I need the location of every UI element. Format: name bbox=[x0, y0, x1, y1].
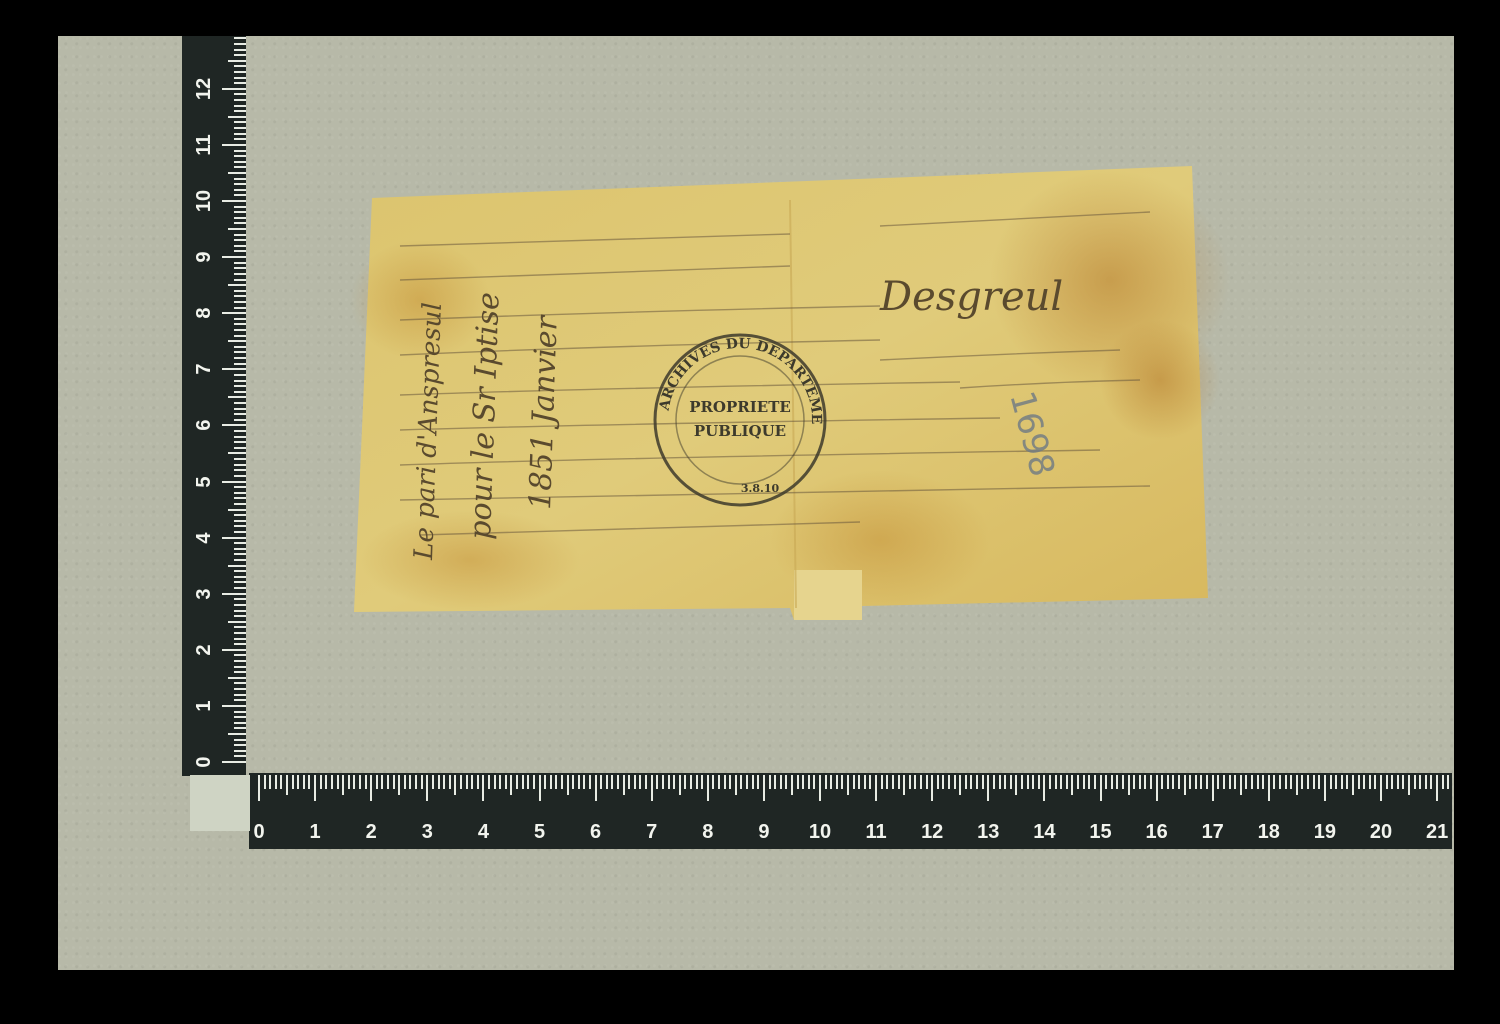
ruler-tick bbox=[1010, 775, 1012, 789]
ruler-tick bbox=[222, 593, 246, 595]
ruler-tick bbox=[234, 402, 246, 404]
ruler-tick bbox=[769, 775, 771, 789]
ruler-tick bbox=[234, 587, 246, 589]
ruler-tick bbox=[595, 775, 597, 801]
ruler-tick bbox=[404, 775, 406, 789]
ruler-tick bbox=[1195, 775, 1197, 789]
ruler-label: 7 bbox=[632, 821, 672, 844]
ruler-tick bbox=[920, 775, 922, 789]
ruler-tick bbox=[234, 492, 246, 494]
ruler-tick bbox=[780, 775, 782, 789]
ruler-tick bbox=[555, 775, 557, 789]
ruler-tick bbox=[982, 775, 984, 789]
ruler-tick bbox=[1049, 775, 1051, 789]
ruler-tick bbox=[234, 346, 246, 348]
ruler-label: 17 bbox=[1193, 821, 1233, 844]
ruler-tick bbox=[234, 576, 246, 578]
ruler-tick bbox=[234, 99, 246, 101]
ruler-tick bbox=[892, 775, 894, 789]
ruler-tick bbox=[280, 775, 282, 789]
ruler-tick bbox=[606, 775, 608, 789]
ruler-tick bbox=[234, 211, 246, 213]
ruler-tick bbox=[454, 775, 456, 795]
ruler-tick bbox=[1425, 775, 1427, 789]
ruler-tick bbox=[234, 335, 246, 337]
ruler-tick bbox=[1161, 775, 1163, 789]
ruler-tick bbox=[234, 666, 246, 668]
ruler-tick bbox=[314, 775, 316, 801]
ruler-tick bbox=[1341, 775, 1343, 789]
ruler-label: 3 bbox=[407, 821, 447, 844]
ruler-tick bbox=[696, 775, 698, 789]
ruler-tick bbox=[533, 775, 535, 789]
ruler-tick bbox=[954, 775, 956, 789]
ruler-tick bbox=[959, 775, 961, 795]
ruler-tick bbox=[1150, 775, 1152, 789]
ruler-tick bbox=[222, 649, 246, 651]
ruler-tick bbox=[234, 458, 246, 460]
ruler-tick bbox=[381, 775, 383, 789]
ruler-tick bbox=[234, 739, 246, 741]
ruler-label: 2 bbox=[194, 630, 214, 670]
ruler-tick bbox=[1397, 775, 1399, 789]
ruler-tick bbox=[1060, 775, 1062, 789]
ruler-tick bbox=[222, 200, 246, 202]
ruler-label: 11 bbox=[856, 821, 896, 844]
svg-text:3.8.10: 3.8.10 bbox=[741, 482, 780, 495]
ruler-tick bbox=[234, 475, 246, 477]
ruler-tick bbox=[724, 775, 726, 789]
svg-text:PUBLIQUE: PUBLIQUE bbox=[694, 422, 786, 440]
ruler-tick bbox=[1032, 775, 1034, 789]
ruler-tick bbox=[234, 307, 246, 309]
ruler-tick bbox=[471, 775, 473, 789]
ruler-tick bbox=[234, 643, 246, 645]
ruler-tick bbox=[898, 775, 900, 789]
ruler-tick bbox=[1223, 775, 1225, 789]
svg-text:PROPRIETE: PROPRIETE bbox=[689, 398, 791, 416]
ruler-tick bbox=[965, 775, 967, 789]
ruler-tick bbox=[234, 329, 246, 331]
ruler-tick bbox=[763, 775, 765, 801]
ruler-label: 9 bbox=[744, 821, 784, 844]
ruler-tick bbox=[234, 408, 246, 410]
ruler-tick bbox=[673, 775, 675, 789]
ruler-tick bbox=[234, 178, 246, 180]
ruler-tick bbox=[234, 189, 246, 191]
ruler-tick bbox=[234, 54, 246, 56]
ruler-tick bbox=[1178, 775, 1180, 789]
ruler-tick bbox=[228, 116, 246, 118]
ruler-tick bbox=[234, 82, 246, 84]
ruler-tick bbox=[234, 548, 246, 550]
ruler-tick bbox=[228, 228, 246, 230]
ruler-tick bbox=[740, 775, 742, 789]
ruler-tick bbox=[1419, 775, 1421, 789]
ruler-tick bbox=[639, 775, 641, 789]
ruler-tick bbox=[460, 775, 462, 789]
ruler-label: 2 bbox=[351, 821, 391, 844]
ruler-tick bbox=[1189, 775, 1191, 789]
ruler-tick bbox=[1206, 775, 1208, 789]
ruler-tick bbox=[656, 775, 658, 789]
ruler-tick bbox=[1083, 775, 1085, 789]
ruler-tick bbox=[234, 413, 246, 415]
ruler-tick bbox=[222, 368, 246, 370]
ruler-tick bbox=[791, 775, 793, 795]
ruler-tick bbox=[527, 775, 529, 789]
ruler-tick bbox=[864, 775, 866, 789]
ruler-tick bbox=[1139, 775, 1141, 789]
ruler-tick bbox=[234, 722, 246, 724]
ruler-tick bbox=[234, 598, 246, 600]
ruler-tick bbox=[1088, 775, 1090, 789]
ruler-tick bbox=[1240, 775, 1242, 795]
ruler-label: 13 bbox=[968, 821, 1008, 844]
ruler-tick bbox=[1257, 775, 1259, 789]
ruler-tick bbox=[234, 699, 246, 701]
ruler-tick bbox=[1105, 775, 1107, 789]
ruler-tick bbox=[234, 267, 246, 269]
ruler-tick bbox=[1245, 775, 1247, 789]
ruler-tick bbox=[707, 775, 709, 801]
ruler-tick bbox=[645, 775, 647, 789]
ruler-tick bbox=[234, 138, 246, 140]
ruler-tick bbox=[909, 775, 911, 789]
ruler-tick bbox=[228, 396, 246, 398]
ruler-tick bbox=[539, 775, 541, 801]
ruler-tick bbox=[1021, 775, 1023, 789]
ruler-tick bbox=[510, 775, 512, 795]
ruler-tick bbox=[1408, 775, 1410, 795]
ruler-tick bbox=[583, 775, 585, 789]
ruler-tick bbox=[567, 775, 569, 795]
ruler-label: 8 bbox=[194, 293, 214, 333]
ruler-tick bbox=[234, 290, 246, 292]
ruler-tick bbox=[869, 775, 871, 789]
ruler-tick bbox=[1111, 775, 1113, 789]
ruler-tick bbox=[987, 775, 989, 801]
ruler-tick bbox=[948, 775, 950, 789]
ruler-label: 18 bbox=[1249, 821, 1289, 844]
ruler-tick bbox=[1094, 775, 1096, 789]
ruler-tick bbox=[449, 775, 451, 789]
ruler-tick bbox=[234, 447, 246, 449]
ruler-tick bbox=[228, 565, 246, 567]
ruler-tick bbox=[228, 172, 246, 174]
ruler-tick bbox=[234, 503, 246, 505]
ruler-tick bbox=[234, 430, 246, 432]
paper-patch bbox=[794, 570, 862, 620]
ruler-tick bbox=[1307, 775, 1309, 789]
ruler-tick bbox=[222, 312, 246, 314]
ruler-tick bbox=[234, 121, 246, 123]
ruler-tick bbox=[234, 755, 246, 757]
ruler-tick bbox=[729, 775, 731, 789]
ruler-label: 16 bbox=[1137, 821, 1177, 844]
ruler-tick bbox=[234, 127, 246, 129]
ruler-tick bbox=[1436, 775, 1438, 801]
ruler-tick bbox=[234, 514, 246, 516]
ruler-tick bbox=[1414, 775, 1416, 789]
ruler-tick bbox=[234, 654, 246, 656]
ruler-label: 19 bbox=[1305, 821, 1345, 844]
ruler-tick bbox=[234, 217, 246, 219]
ruler-tick bbox=[1290, 775, 1292, 789]
ruler-tick bbox=[234, 93, 246, 95]
ruler-label: 4 bbox=[463, 821, 503, 844]
ruler-tick bbox=[494, 775, 496, 789]
ruler-tick bbox=[234, 559, 246, 561]
ruler-tick bbox=[926, 775, 928, 789]
ruler-tick bbox=[234, 671, 246, 673]
ruler-tick bbox=[1391, 775, 1393, 789]
ruler-tick bbox=[1172, 775, 1174, 789]
ruler-tick bbox=[376, 775, 378, 789]
ruler-tick bbox=[331, 775, 333, 789]
ruler-tick bbox=[1027, 775, 1029, 789]
ruler-tick bbox=[903, 775, 905, 795]
ruler-label: 1 bbox=[295, 821, 335, 844]
ruler-tick bbox=[415, 775, 417, 789]
ruler-tick bbox=[881, 775, 883, 789]
ruler-tick bbox=[234, 323, 246, 325]
ruler-tick bbox=[578, 775, 580, 789]
ruler-tick bbox=[1346, 775, 1348, 789]
ruler-tick bbox=[1229, 775, 1231, 789]
ruler-tick bbox=[222, 424, 246, 426]
ruler-tick bbox=[234, 65, 246, 67]
ruler-tick bbox=[234, 183, 246, 185]
ruler-tick bbox=[234, 604, 246, 606]
ruler-tick bbox=[264, 775, 266, 789]
ruler-tick bbox=[234, 150, 246, 152]
ruler-tick bbox=[387, 775, 389, 789]
ruler-tick bbox=[432, 775, 434, 789]
ruler-tick bbox=[1038, 775, 1040, 789]
ruler-label: 14 bbox=[1024, 821, 1064, 844]
ruler-tick bbox=[234, 161, 246, 163]
ruler-tick bbox=[308, 775, 310, 789]
ruler-tick bbox=[477, 775, 479, 789]
ruler-tick bbox=[623, 775, 625, 795]
ruler-tick bbox=[234, 105, 246, 107]
ruler-tick bbox=[914, 775, 916, 789]
ruler-label: 5 bbox=[520, 821, 560, 844]
ruler-tick bbox=[234, 469, 246, 471]
ruler-tick bbox=[234, 250, 246, 252]
ruler-tick bbox=[847, 775, 849, 795]
ruler-tick bbox=[234, 750, 246, 752]
ruler-tick bbox=[1324, 775, 1326, 801]
ruler-tick bbox=[808, 775, 810, 789]
ruler-tick bbox=[482, 775, 484, 801]
ruler-tick bbox=[234, 688, 246, 690]
ruler-tick bbox=[1015, 775, 1017, 795]
ruler-label: 21 bbox=[1417, 821, 1457, 844]
ruler-tick bbox=[228, 284, 246, 286]
ruler-tick bbox=[234, 436, 246, 438]
ruler-tick bbox=[234, 301, 246, 303]
ruler-tick bbox=[1133, 775, 1135, 789]
ruler-tick bbox=[234, 391, 246, 393]
ruler-tick bbox=[409, 775, 411, 789]
ruler-tick bbox=[234, 262, 246, 264]
ruler-tick bbox=[1251, 775, 1253, 789]
ruler-tick bbox=[937, 775, 939, 789]
ruler-tick bbox=[222, 144, 246, 146]
ruler-tick bbox=[228, 340, 246, 342]
ruler-tick bbox=[1279, 775, 1281, 789]
ruler-tick bbox=[1156, 775, 1158, 801]
ruler-tick bbox=[976, 775, 978, 789]
ruler-tick bbox=[1442, 775, 1444, 789]
signature: Desgreul bbox=[879, 274, 1063, 320]
ruler-tick bbox=[1330, 775, 1332, 789]
ruler-tick bbox=[234, 318, 246, 320]
ruler-tick bbox=[234, 273, 246, 275]
ruler-tick bbox=[1447, 775, 1449, 789]
ruler-tick bbox=[813, 775, 815, 789]
ruler-tick bbox=[858, 775, 860, 789]
ruler-tick bbox=[830, 775, 832, 789]
ruler-tick bbox=[234, 222, 246, 224]
ruler-tick bbox=[234, 638, 246, 640]
horizontal-scale-ruler: 0123456789101112131415161718192021 bbox=[249, 773, 1452, 849]
ruler-tick bbox=[1200, 775, 1202, 789]
ruler-tick bbox=[359, 775, 361, 789]
ruler-tick bbox=[234, 234, 246, 236]
ruler-label: 10 bbox=[800, 821, 840, 844]
ruler-tick bbox=[353, 775, 355, 789]
ruler-tick bbox=[234, 374, 246, 376]
ruler-tick bbox=[825, 775, 827, 789]
ruler-tick bbox=[234, 464, 246, 466]
ruler-tick bbox=[589, 775, 591, 789]
ruler-tick bbox=[234, 133, 246, 135]
ruler-tick bbox=[228, 509, 246, 511]
ruler-tick bbox=[234, 239, 246, 241]
ruler-tick bbox=[234, 497, 246, 499]
ruler-tick bbox=[222, 88, 246, 90]
ruler-tick bbox=[348, 775, 350, 789]
ruler-tick bbox=[234, 626, 246, 628]
ruler-tick bbox=[234, 615, 246, 617]
ruler-tick bbox=[942, 775, 944, 789]
ruler-tick bbox=[320, 775, 322, 789]
ruler-tick bbox=[611, 775, 613, 789]
ruler-tick bbox=[421, 775, 423, 789]
ruler-tick bbox=[234, 682, 246, 684]
ruler-tick bbox=[234, 49, 246, 51]
ruler-tick bbox=[550, 775, 552, 789]
ruler-tick bbox=[931, 775, 933, 801]
ruler-tick bbox=[370, 775, 372, 801]
ruler-tick bbox=[1212, 775, 1214, 801]
ruler-tick bbox=[234, 357, 246, 359]
ruler-tick bbox=[668, 775, 670, 789]
ruler-tick bbox=[426, 775, 428, 801]
ruler-tick bbox=[234, 351, 246, 353]
ruler-tick bbox=[258, 775, 260, 801]
ruler-label: 1 bbox=[194, 686, 214, 726]
ruler-tick bbox=[234, 727, 246, 729]
ruler-tick bbox=[819, 775, 821, 801]
ruler-tick bbox=[651, 775, 653, 801]
ruler-label: 10 bbox=[194, 181, 214, 221]
ruler-tick bbox=[1313, 775, 1315, 789]
ruler-tick bbox=[234, 694, 246, 696]
ruler-tick bbox=[222, 705, 246, 707]
ruler-tick bbox=[488, 775, 490, 789]
ruler-tick bbox=[600, 775, 602, 789]
ruler-tick bbox=[1262, 775, 1264, 789]
ruler-tick bbox=[712, 775, 714, 789]
ruler-tick bbox=[1268, 775, 1270, 801]
ruler-tick bbox=[234, 279, 246, 281]
ruler-tick bbox=[234, 194, 246, 196]
ruler-tick bbox=[234, 610, 246, 612]
ruler-tick bbox=[628, 775, 630, 789]
ruler-tick bbox=[617, 775, 619, 789]
ruler-tick bbox=[234, 531, 246, 533]
ruler-tick bbox=[735, 775, 737, 795]
ruler-tick bbox=[561, 775, 563, 789]
ruler-label: 3 bbox=[194, 574, 214, 614]
ruler-tick bbox=[522, 775, 524, 789]
ruler-tick bbox=[234, 77, 246, 79]
ruler-tick bbox=[718, 775, 720, 789]
ruler-tick bbox=[234, 385, 246, 387]
ruler-tick bbox=[1071, 775, 1073, 795]
ruler-tick bbox=[222, 256, 246, 258]
ruler-tick bbox=[853, 775, 855, 789]
ruler-tick bbox=[234, 37, 246, 39]
ruler-tick bbox=[1374, 775, 1376, 789]
ruler-tick bbox=[1402, 775, 1404, 789]
ruler-tick bbox=[222, 537, 246, 539]
ruler-tick bbox=[1363, 775, 1365, 789]
ruler-tick bbox=[701, 775, 703, 789]
ruler-tick bbox=[841, 775, 843, 789]
ruler-tick bbox=[325, 775, 327, 789]
ruler-tick bbox=[1301, 775, 1303, 789]
ruler-tick bbox=[757, 775, 759, 789]
ruler-tick bbox=[234, 380, 246, 382]
ruler-tick bbox=[684, 775, 686, 789]
ruler-tick bbox=[1273, 775, 1275, 789]
ruler-tick bbox=[342, 775, 344, 795]
ruler-tick bbox=[1430, 775, 1432, 789]
ruler-label: 7 bbox=[194, 349, 214, 389]
ruler-tick bbox=[1234, 775, 1236, 789]
ruler-tick bbox=[1122, 775, 1124, 789]
ruler-tick bbox=[228, 621, 246, 623]
ruler-tick bbox=[234, 581, 246, 583]
ruler-tick bbox=[393, 775, 395, 789]
ruler-tick bbox=[662, 775, 664, 789]
ruler-tick bbox=[303, 775, 305, 789]
ruler-tick bbox=[999, 775, 1001, 789]
ruler-tick bbox=[234, 245, 246, 247]
ruler-tick bbox=[1116, 775, 1118, 789]
ruler-tick bbox=[234, 525, 246, 527]
ruler-tick bbox=[234, 295, 246, 297]
ruler-tick bbox=[234, 711, 246, 713]
ruler-tick bbox=[234, 419, 246, 421]
ruler-tick bbox=[746, 775, 748, 789]
ruler-tick bbox=[228, 733, 246, 735]
